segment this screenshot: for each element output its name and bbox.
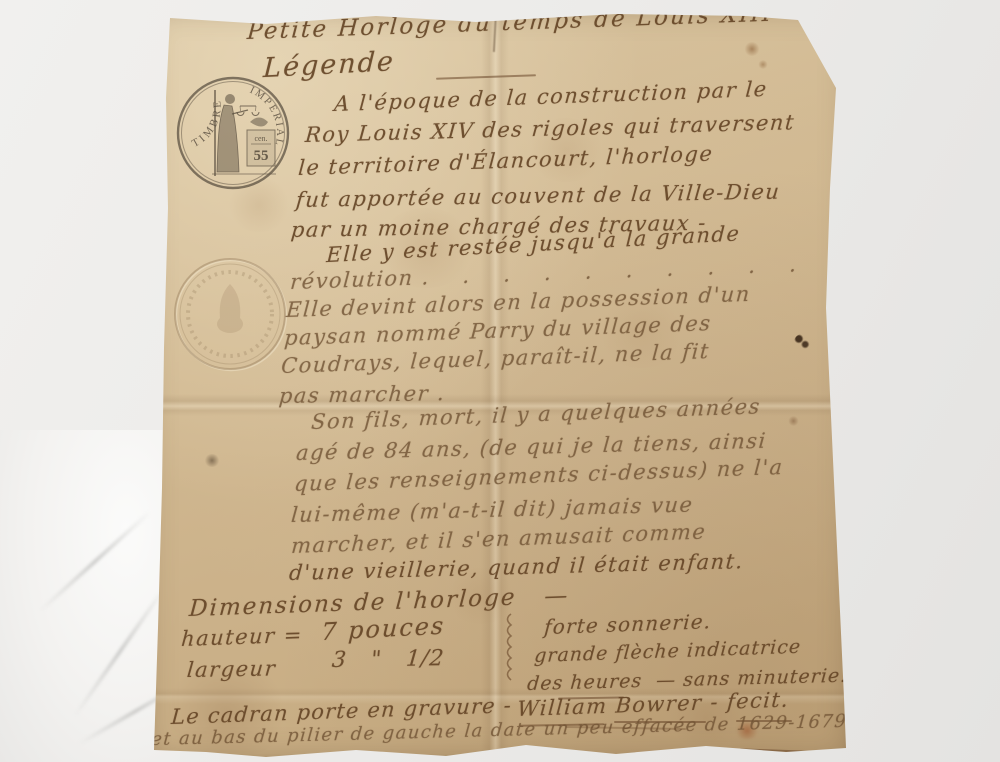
brace-squiggle: [502, 612, 518, 682]
width-value: 3 " 1/2: [331, 647, 446, 673]
stain: [744, 42, 760, 56]
scales-cord: [256, 106, 257, 111]
dark-smudge: [204, 454, 220, 467]
embossed-seal: [170, 254, 290, 374]
eagle-icon: [250, 118, 268, 127]
ink-specks: [794, 334, 810, 350]
scales-cord: [240, 106, 241, 111]
height-label: hauteur =: [180, 624, 303, 651]
handwritten-line: pas marcher .: [278, 382, 446, 408]
figure-arm: [232, 110, 248, 114]
justice-figure-head: [225, 94, 235, 104]
stamp-box-cen: cen.: [254, 134, 267, 143]
seal-eagle-icon: [217, 284, 243, 333]
stain: [788, 416, 799, 426]
manuscript-paper: TIMBRE IMPERIAL cen. 55: [146, 8, 850, 760]
crumpled-tissue-background: [0, 430, 180, 762]
photo-background: TIMBRE IMPERIAL cen. 55: [0, 0, 1000, 762]
right-column-line: forte sonnerie.: [543, 610, 712, 638]
stamp-box-value: 55: [254, 148, 269, 164]
stain: [758, 60, 768, 69]
width-label: largeur: [186, 657, 277, 682]
timbre-imperial-stamp: TIMBRE IMPERIAL cen. 55: [174, 74, 292, 192]
